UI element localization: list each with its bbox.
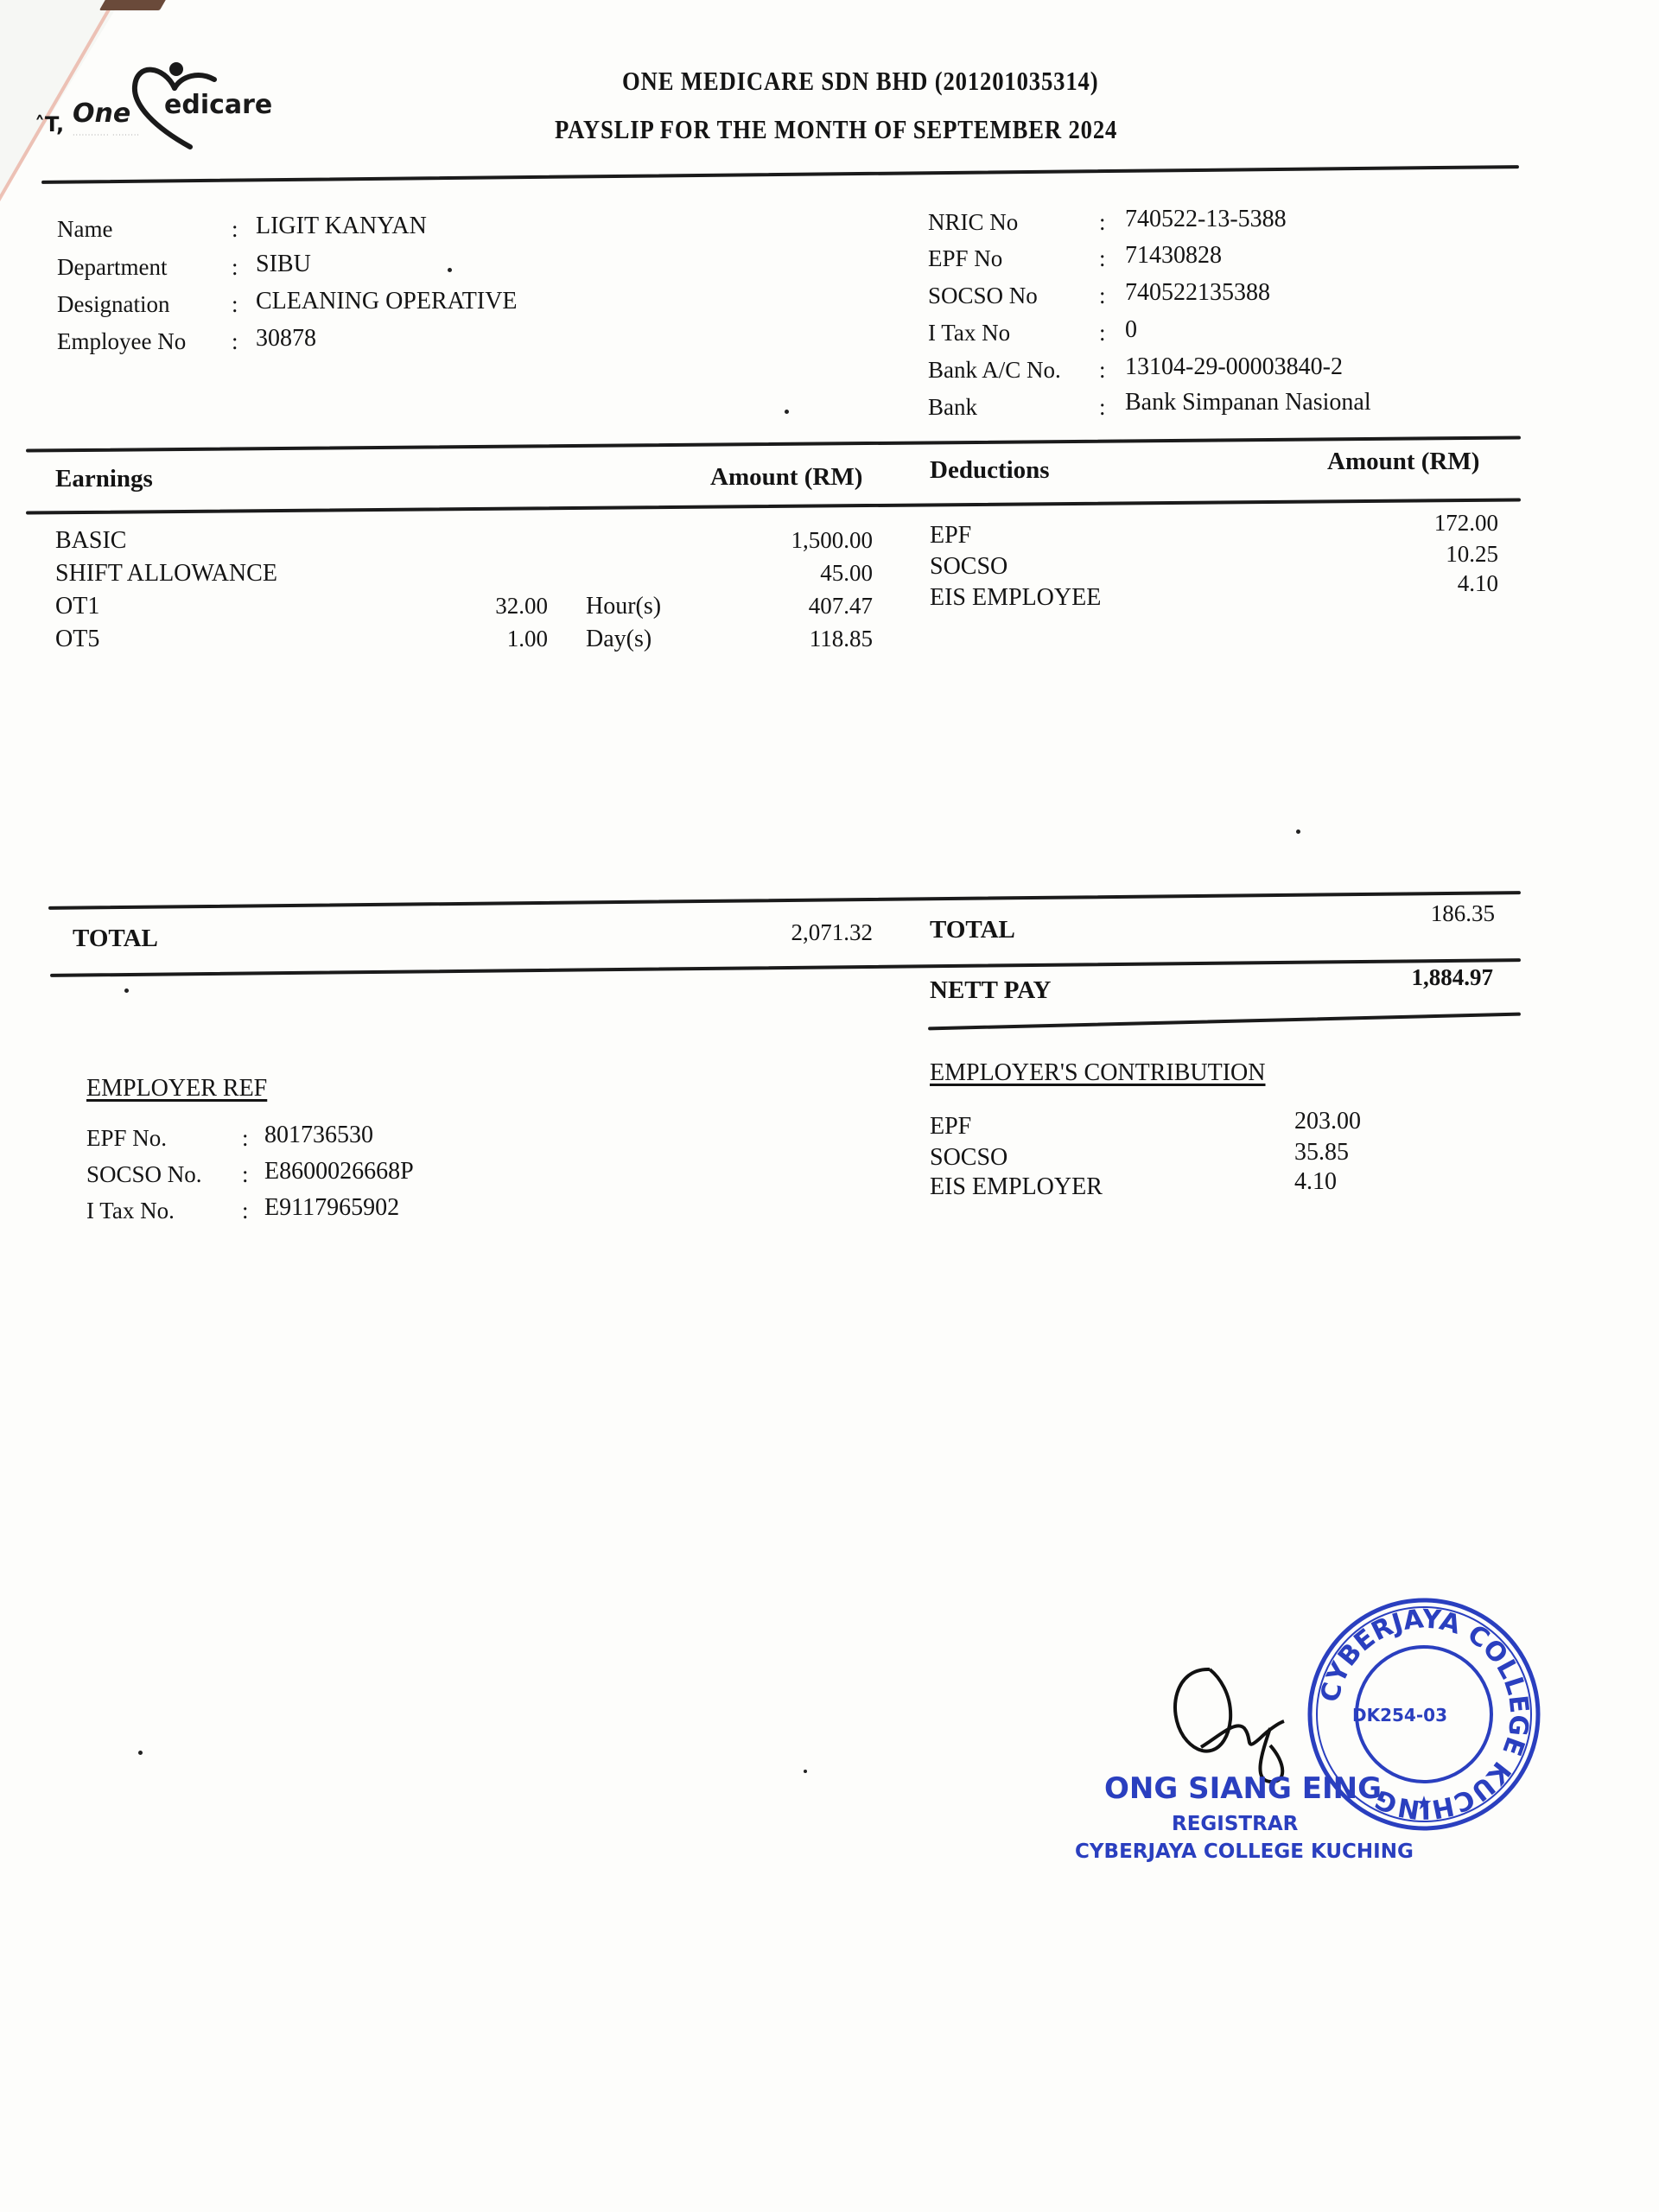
- scan-speck: [124, 988, 129, 993]
- employer-contribution-title: EMPLOYER'S CONTRIBUTION: [930, 1059, 1266, 1087]
- bank-account-label: Bank A/C No.: [928, 357, 1061, 384]
- employer-socso-label: SOCSO No.: [86, 1161, 202, 1188]
- contribution-item: EPF: [930, 1113, 971, 1141]
- scan-speck: [785, 410, 789, 414]
- totals-bottom-rule: [50, 958, 1521, 977]
- contribution-item: SOCSO: [930, 1144, 1007, 1172]
- colon: :: [232, 216, 238, 243]
- svg-text:★: ★: [1415, 1793, 1433, 1815]
- nett-pay-value: 1,884.97: [1412, 964, 1494, 991]
- earnings-header: Earnings: [55, 465, 153, 493]
- contribution-amount: 4.10: [1294, 1168, 1337, 1196]
- earning-item: OT1: [55, 593, 99, 620]
- colon: :: [1099, 394, 1106, 421]
- epf-no-value: 71430828: [1125, 242, 1222, 270]
- logo-mark-tick: ˄T,: [35, 112, 64, 137]
- totals-top-rule: [48, 891, 1521, 910]
- employee-no-value: 30878: [256, 325, 316, 353]
- table-top-rule: [26, 435, 1521, 452]
- logo-text-edicare: edicare: [164, 90, 272, 120]
- department-label: Department: [57, 254, 167, 281]
- logo-tagline: ············ ·········: [73, 131, 140, 139]
- colon: :: [232, 328, 238, 355]
- designation-label: Designation: [57, 291, 169, 318]
- deductions-total-value: 186.35: [1431, 900, 1495, 927]
- bank-label: Bank: [928, 394, 977, 421]
- earning-unit: Hour(s): [586, 593, 661, 620]
- itax-no-value: 0: [1125, 316, 1137, 344]
- employer-socso-value: E8600026668P: [264, 1158, 414, 1185]
- colon: :: [1099, 209, 1106, 236]
- deduction-item: EIS EMPLOYEE: [930, 584, 1101, 612]
- contribution-amount: 35.85: [1294, 1139, 1349, 1166]
- colon: :: [1099, 357, 1106, 384]
- name-value: LIGIT KANYAN: [256, 213, 427, 240]
- earning-amount: 1,500.00: [791, 527, 874, 554]
- signatory-title: REGISTRAR: [1172, 1813, 1298, 1835]
- deductions-header: Deductions: [930, 456, 1050, 485]
- earning-unit: Day(s): [586, 626, 652, 653]
- nett-pay-label: NETT PAY: [930, 976, 1051, 1005]
- header-divider: [41, 165, 1519, 184]
- socso-no-value: 740522135388: [1125, 279, 1270, 307]
- earning-qty: 32.00: [495, 593, 548, 620]
- contribution-item: EIS EMPLOYER: [930, 1173, 1103, 1201]
- nric-label: NRIC No: [928, 209, 1018, 236]
- scan-speck: [448, 268, 452, 272]
- earnings-amount-header: Amount (RM): [710, 463, 862, 492]
- scan-speck: [804, 1770, 807, 1773]
- deduction-amount: 10.25: [1446, 541, 1498, 568]
- earnings-total-label: TOTAL: [73, 925, 158, 953]
- employee-no-label: Employee No: [57, 328, 186, 355]
- employer-epf-label: EPF No.: [86, 1125, 167, 1152]
- earning-item: OT5: [55, 626, 99, 653]
- designation-value: CLEANING OPERATIVE: [256, 288, 518, 315]
- earning-amount: 407.47: [809, 593, 873, 620]
- colon: :: [232, 254, 238, 281]
- signature-icon: [1158, 1659, 1313, 1789]
- employer-itax-label: I Tax No.: [86, 1198, 175, 1224]
- colon: :: [232, 291, 238, 318]
- bank-account-value: 13104-29-00003840-2: [1125, 353, 1343, 381]
- company-logo: ˄T, One edicare ············ ·········: [35, 52, 294, 147]
- colon: :: [1099, 245, 1106, 272]
- socso-no-label: SOCSO No: [928, 283, 1038, 309]
- earning-amount: 45.00: [820, 560, 873, 587]
- department-value: SIBU: [256, 251, 311, 278]
- colon: :: [242, 1125, 249, 1152]
- payslip-title: PAYSLIP FOR THE MONTH OF SEPTEMBER 2024: [555, 114, 1117, 145]
- nric-value: 740522-13-5388: [1125, 206, 1287, 233]
- employer-epf-value: 801736530: [264, 1122, 373, 1149]
- earning-item: SHIFT ALLOWANCE: [55, 560, 277, 588]
- paper-corner-background: [99, 0, 168, 10]
- epf-no-label: EPF No: [928, 245, 1002, 272]
- deduction-item: SOCSO: [930, 553, 1007, 581]
- scan-speck: [1296, 829, 1300, 834]
- table-header-rule: [26, 498, 1521, 514]
- deductions-amount-header: Amount (RM): [1327, 448, 1479, 476]
- colon: :: [242, 1161, 249, 1188]
- deduction-item: EPF: [930, 522, 971, 550]
- nett-pay-rule: [928, 1013, 1521, 1031]
- employer-itax-value: E9117965902: [264, 1194, 399, 1222]
- earnings-total-value: 2,071.32: [791, 919, 874, 946]
- colon: :: [1099, 283, 1106, 309]
- signatory-institution: CYBERJAYA COLLEGE KUCHING: [1075, 1840, 1414, 1863]
- deduction-amount: 172.00: [1434, 510, 1498, 537]
- colon: :: [242, 1198, 249, 1224]
- scan-speck: [138, 1751, 143, 1755]
- deductions-total-label: TOTAL: [930, 916, 1015, 944]
- employer-ref-title: EMPLOYER REF: [86, 1075, 267, 1103]
- contribution-amount: 203.00: [1294, 1108, 1361, 1135]
- colon: :: [1099, 320, 1106, 346]
- company-name: ONE MEDICARE SDN BHD (201201035314): [622, 66, 1098, 97]
- stamp-code: DK254-03: [1352, 1705, 1447, 1726]
- bank-value: Bank Simpanan Nasional: [1125, 389, 1371, 416]
- deduction-amount: 4.10: [1458, 570, 1498, 597]
- name-label: Name: [57, 216, 112, 243]
- signatory-name: ONG SIANG EING: [1104, 1771, 1382, 1806]
- earning-amount: 118.85: [810, 626, 873, 652]
- earning-qty: 1.00: [507, 626, 548, 652]
- earning-item: BASIC: [55, 527, 126, 555]
- itax-no-label: I Tax No: [928, 320, 1010, 346]
